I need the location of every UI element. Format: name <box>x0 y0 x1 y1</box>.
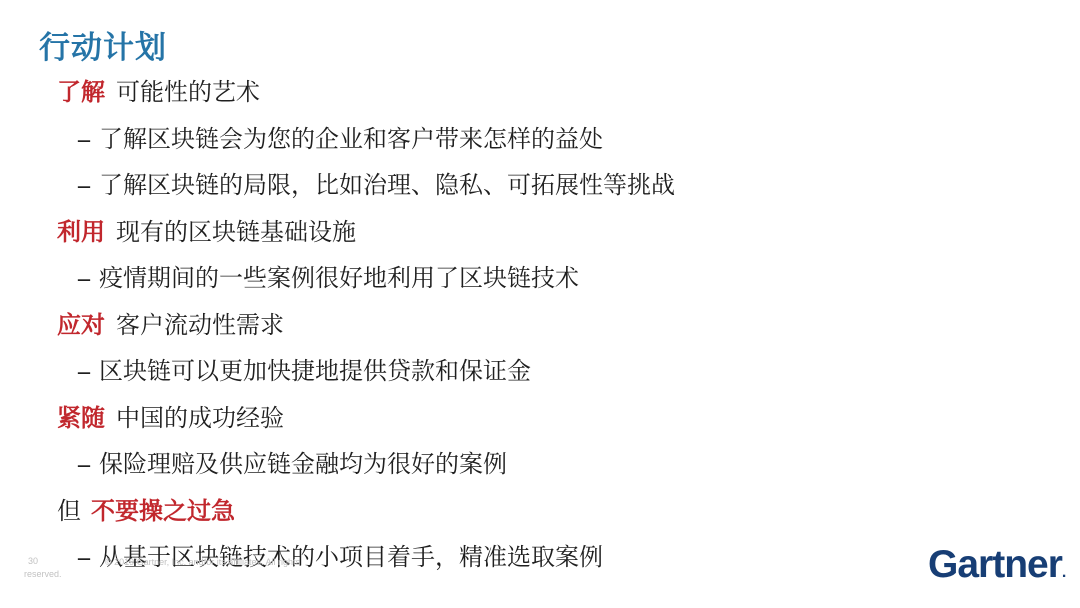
dash-bullet-icon: – <box>78 173 90 199</box>
bullet-item: –了解区块链会为您的企业和客户带来怎样的益处 <box>57 117 675 164</box>
slide-body: 了解可能性的艺术 –了解区块链会为您的企业和客户带来怎样的益处 –了解区块链的局… <box>57 70 675 582</box>
page-title: 行动计划 <box>39 22 167 67</box>
page-number: 30 <box>28 556 38 566</box>
gartner-logo: Gartner. <box>928 543 1065 587</box>
gartner-logo-text: Gartner <box>928 543 1062 586</box>
heading-keyword: 利用 <box>57 220 105 246</box>
section-heading: 了解可能性的艺术 <box>57 70 675 117</box>
section-heading: 应对客户流动性需求 <box>57 303 675 350</box>
heading-keyword: 应对 <box>57 313 105 339</box>
gartner-logo-mark: . <box>1062 564 1065 581</box>
bullet-item: –区块链可以更加快捷地提供贷款和保证金 <box>57 349 675 396</box>
dash-bullet-icon: – <box>78 127 90 153</box>
section-heading: 利用现有的区块链基础设施 <box>57 210 675 257</box>
bullet-item: –保险理赔及供应链金融均为很好的案例 <box>57 442 675 489</box>
bullet-text: 保险理赔及供应链金融均为很好的案例 <box>99 452 507 478</box>
bullet-item: –了解区块链的局限，比如治理、隐私、可拓展性等挑战 <box>57 163 675 210</box>
heading-prefix: 但 <box>57 499 81 525</box>
dash-bullet-icon: – <box>78 266 90 292</box>
bullet-text: 区块链可以更加快捷地提供贷款和保证金 <box>99 359 531 385</box>
dash-bullet-icon: – <box>78 359 90 385</box>
heading-text: 现有的区块链基础设施 <box>116 220 356 246</box>
heading-text: 可能性的艺术 <box>116 80 260 106</box>
heading-keyword: 紧随 <box>57 406 105 432</box>
heading-text: 客户流动性需求 <box>116 313 284 339</box>
dash-bullet-icon: – <box>78 545 90 571</box>
bullet-text: 了解区块链会为您的企业和客户带来怎样的益处 <box>99 127 603 153</box>
section-heading: 但不要操之过急 <box>57 489 675 536</box>
heading-keyword: 不要操之过急 <box>91 499 235 525</box>
section-heading: 紧随中国的成功经验 <box>57 396 675 443</box>
bullet-text: 了解区块链的局限，比如治理、隐私、可拓展性等挑战 <box>99 173 675 199</box>
bullet-item: –疫情期间的一些案例很好地利用了区块链技术 <box>57 256 675 303</box>
dash-bullet-icon: – <box>78 452 90 478</box>
bullet-text: 疫情期间的一些案例很好地利用了区块链技术 <box>99 266 579 292</box>
copyright-reserved-text: reserved. <box>24 569 62 579</box>
heading-text: 中国的成功经验 <box>116 406 284 432</box>
copyright-text: © 2019 Gartner, Inc. and/or its affiliat… <box>105 557 300 567</box>
heading-keyword: 了解 <box>57 80 105 106</box>
